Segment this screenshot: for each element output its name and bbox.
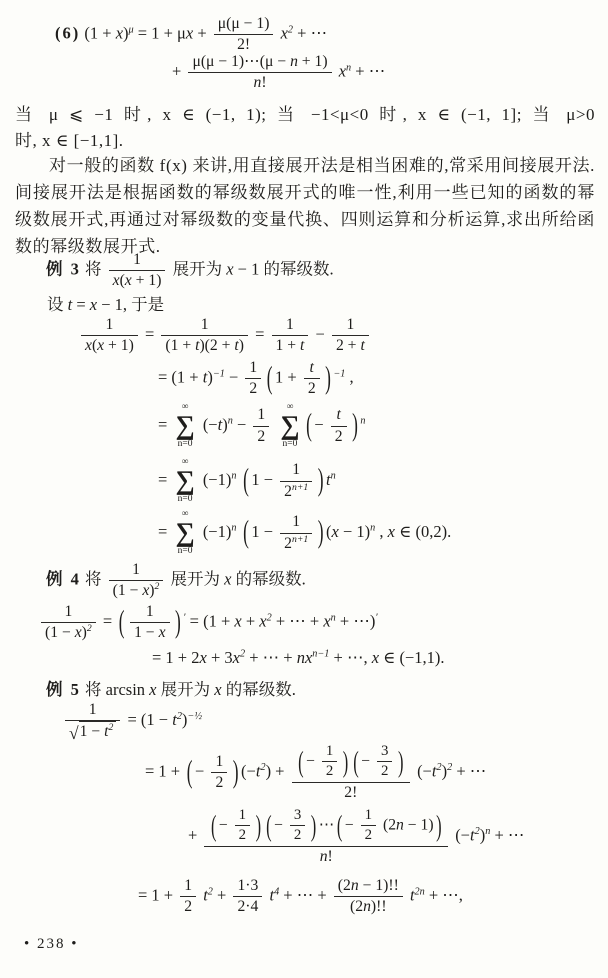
example-3-substitution: 设 t = x − 1, 于是 bbox=[47, 291, 164, 315]
example-3-heading: 例 3 将 1x(x + 1) 展开为 x − 1 的幂级数. bbox=[46, 250, 334, 292]
example-4-equation-2: = 1 + 2x + 3x2 + ⋯ + nxn−1 + ⋯, x ∈ (−1,… bbox=[152, 648, 445, 668]
example-5-equation-2: = 1 + (− 12)(−t2) + (− 12)(− 32)2! (−t2)… bbox=[145, 742, 486, 803]
example-5-equation-1: 1√1 − t2 = (1 − t2)−½ bbox=[62, 700, 202, 743]
example-5-equation-4: = 1 + 12 t2 + 1·32·4 t4 + ⋯ + (2n − 1)!!… bbox=[138, 876, 463, 918]
example-3-equation-1: 1x(x + 1) = 1(1 + t)(2 + t) = 11 + t − 1… bbox=[78, 315, 372, 357]
example-3-equation-5: = ∞∑n=0 (−1)n (1 − 12n+1)(x − 1)n , x ∈ … bbox=[158, 509, 451, 557]
example-5-heading: 例 5 将 arcsin x 展开为 x 的幂级数. bbox=[46, 676, 296, 700]
convergence-note-line-2: 时, x ∈ [−1,1]. bbox=[15, 128, 124, 154]
example-5-equation-3: + (− 12)(− 32)⋯(− 12 (2n − 1))n! (−t2)n … bbox=[188, 806, 524, 867]
formula-6-line-1: (6) (1 + x)μ = 1 + μx + μ(μ − 1)2! x2 + … bbox=[55, 14, 327, 56]
example-3-equation-2: = (1 + t)−1 − 12(1 + t2)−1 , bbox=[158, 358, 354, 400]
convergence-note-line-1: 当 μ ⩽ −1 时, x ∈ (−1, 1); 当 −1<μ<0 时, x ∈… bbox=[15, 102, 595, 128]
page-number: • 238 • bbox=[24, 936, 79, 953]
example-3-equation-3: = ∞∑n=0 (−t)n − 12 ∞∑n=0(− t2)n bbox=[158, 402, 366, 450]
body-paragraph: 对一般的函数 f(x) 来讲,用直接展开法是相当困难的,常采用间接展开法. 间接… bbox=[15, 152, 595, 260]
example-4-heading: 例 4 将 1(1 − x)2 展开为 x 的幂级数. bbox=[46, 560, 306, 602]
example-3-equation-4: = ∞∑n=0 (−1)n (1 − 12n+1)tn bbox=[158, 457, 336, 505]
example-4-equation-1: 1(1 − x)2 = (11 − x)′ = (1 + x + x2 + ⋯ … bbox=[38, 602, 378, 644]
formula-6-line-2: + μ(μ − 1)⋯(μ − n + 1)n! xn + ⋯ bbox=[172, 52, 385, 94]
textbook-page: (6) (1 + x)μ = 1 + μx + μ(μ − 1)2! x2 + … bbox=[0, 0, 608, 978]
